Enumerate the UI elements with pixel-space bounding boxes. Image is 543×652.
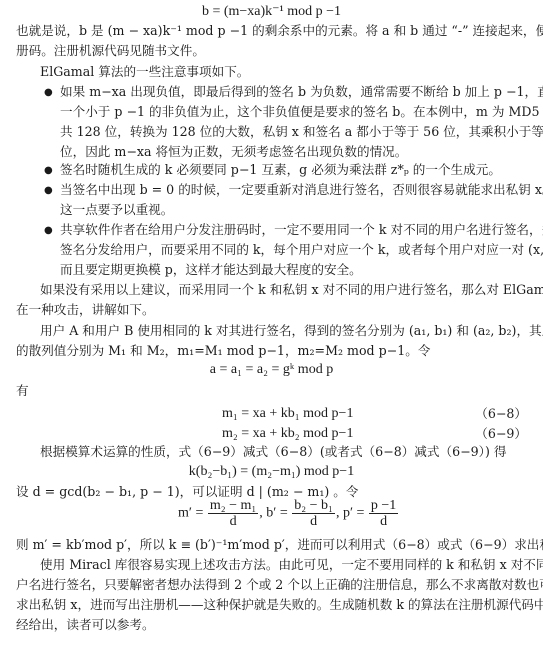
paragraph-line: 的散列值分别为 M₁ 和 M₂，m₁=M₁ mod p−1，m₂=M₂ mod …	[16, 341, 430, 360]
formula-b: b = (m−xa)k⁻¹ mod p −1	[0, 2, 543, 21]
paragraph-line: 如果没有采用以上建议，而采用同一个 k 和私钥 x 对不同的用户进行签名，那么对…	[40, 280, 543, 299]
b-prime-fraction: b₂ − b₁ d	[292, 498, 335, 529]
bullet-line: 当签名中出现 b = 0 的时候，一定要重新对消息进行签名，否则很容易就能求出私…	[60, 180, 543, 199]
paragraph-line: 根据模算术运算的性质，式（6−9）减式（6−8）(或者式（6−8）减式（6−9）…	[40, 442, 506, 461]
paragraph-line: 也就是说，b 是 (m − xa)k⁻¹ mod p −1 的剩余系中的元素。将…	[16, 21, 543, 40]
bullet-line: 签名分发给用户，而要采用不同的 k，每个用户对应一个 k，或者每个用户对应一对 …	[60, 240, 543, 259]
bullet-icon: ●	[44, 181, 53, 200]
p-prime-lhs: p′ =	[343, 506, 364, 521]
m-prime-lhs: m′ =	[178, 506, 203, 521]
p-prime-fraction: p −1 d	[369, 498, 398, 529]
paragraph-line: 册码。注册机源代码见随书文件。	[16, 41, 205, 60]
bullet-line: 共 128 位，转换为 128 位的大数，私钥 x 和签名 a 都小于等于 56…	[60, 122, 543, 141]
formula-a: a = a₁ = a₂ = gᵏ mod p	[0, 360, 543, 379]
paragraph-line: 用户 A 和用户 B 使用相同的 k 对其进行签名，得到的签名分别为 (a₁, …	[40, 321, 543, 340]
paragraph-line: ElGamal 算法的一些注意事项如下。	[40, 62, 249, 81]
bullet-icon: ●	[44, 83, 53, 102]
bullet-line: 签名时随机生成的 k 必须要同 p−1 互素，g 必须为乘法群 z*ₚ 的一个生…	[60, 160, 501, 179]
bullet-line: 一个小于 p −1 的非负值为止，这个非负值便是要求的签名 b。在本例中，m 为…	[60, 102, 543, 121]
paragraph-line: 户名进行签名，只要解密者想办法得到 2 个或 2 个以上正确的注册信息，那么不求…	[16, 575, 543, 594]
bullet-line: 而且要定期更换模 p，这样才能达到最大程度的安全。	[60, 260, 362, 279]
bullet-line: 如果 m−xa 出现负值，即最后得到的签名 b 为负数，通常需要不断给 b 加上…	[60, 82, 543, 101]
paragraph-line: 则 m′ = kb′mod p′，所以 k ≡ (b′)⁻¹m′mod p′，进…	[16, 535, 543, 554]
paragraph-line: 求出私钥 x，进而写出注册机——这种保护就是失败的。生成随机数 k 的算法在注册…	[16, 595, 543, 614]
equation-6-8: m₁ = xa + kb₁ mod p−1	[222, 404, 353, 423]
bullet-line: 这一点要予以重视。	[60, 200, 173, 219]
equation-label: （6−9）	[475, 424, 527, 443]
m-prime-fraction: m₂ − m₁ d	[208, 498, 258, 529]
equation-6-9: m₂ = xa + kb₂ mod p−1	[222, 424, 353, 443]
formula-k: k(b₂−b₁) = (m₂−m₁) mod p−1	[0, 462, 543, 481]
paragraph-line: 使用 Miracl 库很容易实现上述攻击方法。由此可见，一定不要用同样的 k 和…	[40, 555, 543, 574]
you-label: 有	[16, 381, 29, 400]
equation-label: （6−8）	[475, 404, 527, 423]
bullet-icon: ●	[44, 161, 53, 180]
fraction-row: m′ = m₂ − m₁ d , b′ = b₂ − b₁ d , p′ = p…	[178, 498, 399, 529]
bullet-line: 共享软件作者在给用户分发注册码时，一定不要用同一个 k 对不同的用户名进行签名，…	[60, 220, 543, 239]
paragraph-line: 经给出，读者可以参考。	[16, 615, 155, 634]
b-prime-lhs: b′ =	[266, 506, 287, 521]
bullet-icon: ●	[44, 221, 53, 240]
bullet-line: 位，因此 m−xa 将恒为正数，无须考虑签名出现负数的情况。	[60, 142, 407, 161]
paragraph-line: 在一种攻击，讲解如下。	[16, 300, 155, 319]
